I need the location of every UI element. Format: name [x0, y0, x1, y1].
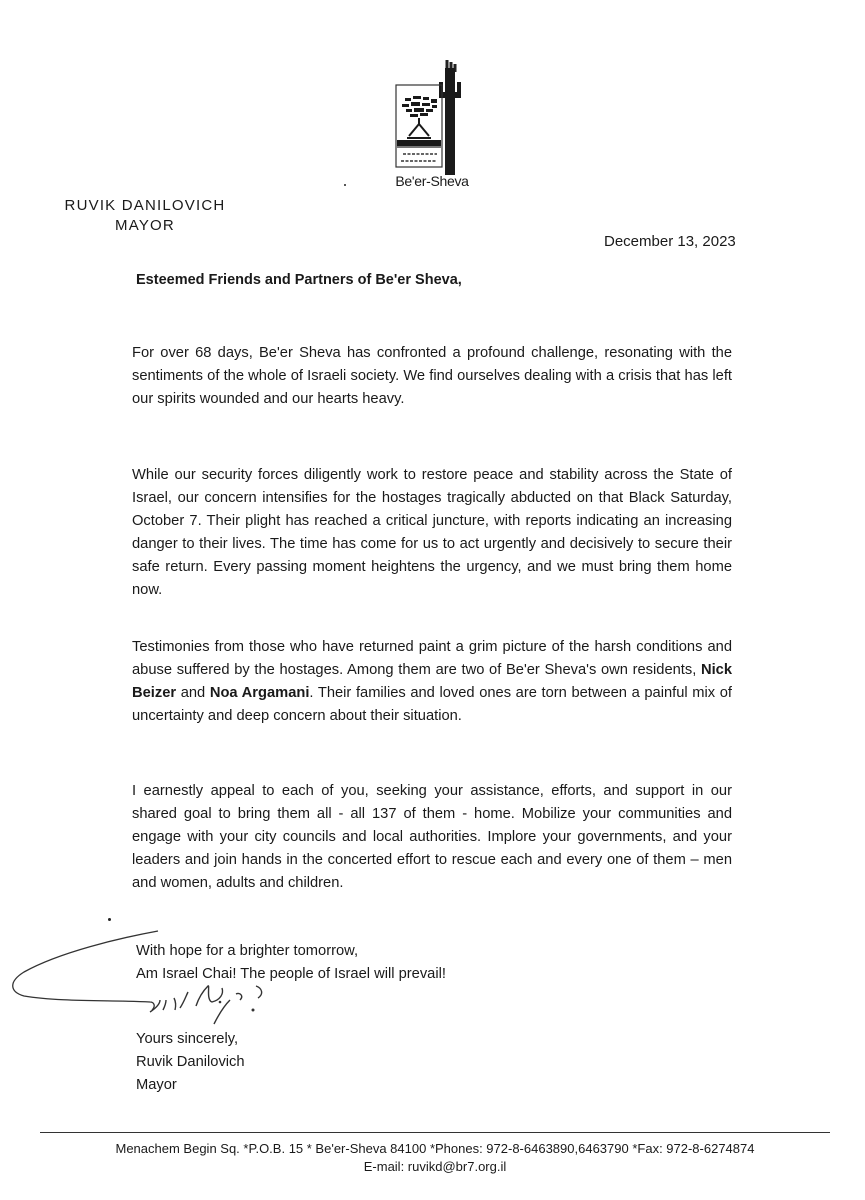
body-paragraph-4: I earnestly appeal to each of you, seeki…	[132, 780, 732, 895]
handwritten-signature-icon	[0, 930, 300, 1040]
letter-date: December 13, 2023	[604, 233, 736, 250]
footer-email: E-mail: ruvikd@br7.org.il	[40, 1158, 830, 1176]
signoff-line-1: Yours sincerely,	[136, 1028, 245, 1051]
footer-address: Menachem Begin Sq. *P.O.B. 15 * Be'er-Sh…	[40, 1140, 830, 1158]
footer: Menachem Begin Sq. *P.O.B. 15 * Be'er-Sh…	[40, 1140, 830, 1176]
footer-divider	[40, 1132, 830, 1133]
scan-speck	[344, 184, 346, 186]
signatory-name: Ruvik Danilovich	[136, 1051, 245, 1074]
hostage-name-2: Noa Argamani	[210, 685, 310, 701]
paragraph-text: and	[176, 685, 210, 701]
sender-block: RUVIK DANILOVICH MAYOR	[40, 196, 250, 236]
body-paragraph-1: For over 68 days, Be'er Sheva has confro…	[132, 342, 732, 411]
signoff-block: Yours sincerely, Ruvik Danilovich Mayor	[136, 1028, 245, 1097]
body-paragraph-3: Testimonies from those who have returned…	[132, 636, 732, 728]
salutation: Esteemed Friends and Partners of Be'er S…	[136, 272, 462, 288]
signatory-title: Mayor	[136, 1074, 245, 1097]
sender-name: RUVIK DANILOVICH	[40, 196, 250, 216]
paragraph-text: Testimonies from those who have returned…	[132, 639, 732, 678]
logo-caption: Be'er-Sheva	[372, 173, 492, 189]
scan-speck	[108, 918, 111, 921]
beer-sheva-emblem-icon	[393, 60, 473, 175]
body-paragraph-2: While our security forces diligently wor…	[132, 464, 732, 602]
sender-title: MAYOR	[40, 216, 250, 236]
